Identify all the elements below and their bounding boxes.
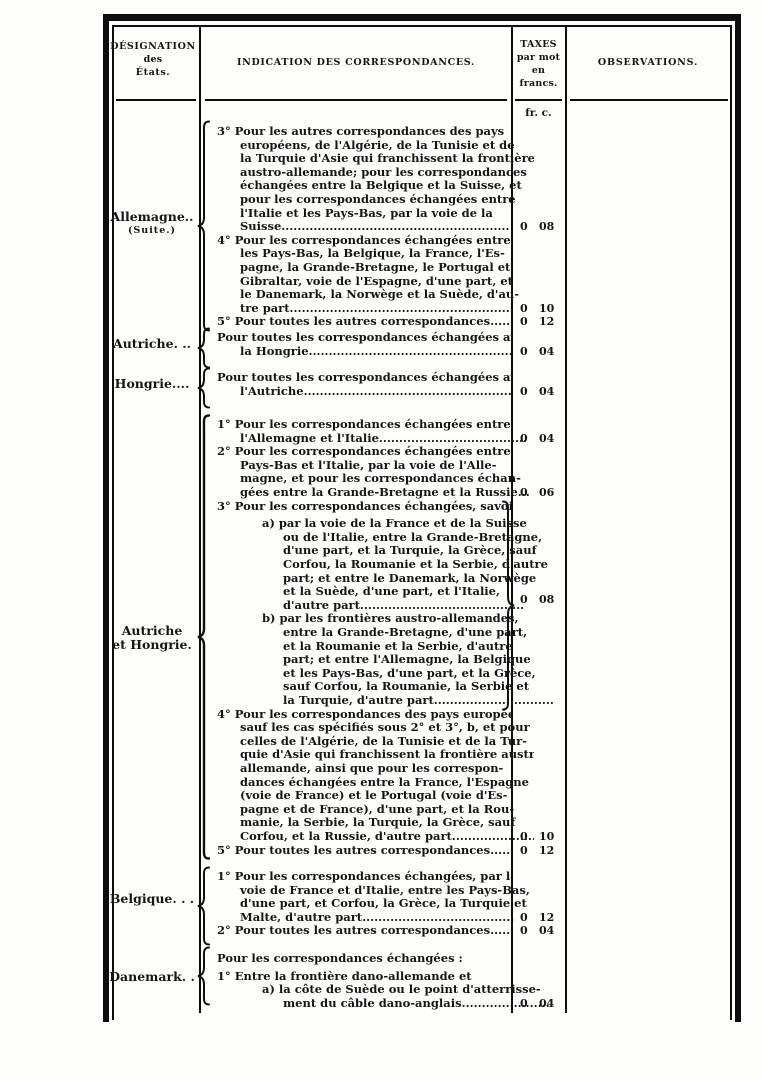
entry-line: 2° Pour toutes les autres correspondance… [215,924,511,938]
header-text: OBSERVATIONS. [566,56,730,69]
header-rule-states [116,99,196,101]
entry-line: pagne, la Grande-Bretagne, le Portugal e… [215,261,534,275]
state-label: Autriche. .. [106,337,198,351]
entry-line: Gibraltar, voie de l'Espagne, d'une part… [215,275,534,289]
tax-amount: 008 [512,593,565,607]
entry-line: et la Roumanie et la Serbie, d'autre [215,640,577,654]
entry-line: magne, et pour les correspondances échan… [215,472,534,486]
tax-centimes: 06 [539,486,554,500]
entry-line: gées entre la Grande-Bretagne et la Russ… [215,486,534,500]
entry-line: l'Allemagne et l'Italie.................… [215,432,534,446]
tax-centimes: 12 [539,911,554,925]
entry-line: voie de France et d'Italie, entre les Pa… [215,884,534,898]
table-inner-border-left [112,25,114,1020]
tax-francs: 0 [520,593,528,607]
entry-line: 5° Pour toutes les autres correspondance… [215,844,511,858]
entry-line: ment du câble dano-anglais..............… [215,997,577,1011]
column-header-taxes: TAXES par mot en francs. [512,38,565,90]
entry-line: sauf les cas spécifiés sous 2° et 3°, b,… [215,721,534,735]
state-label: Danemark. . [106,970,198,984]
state-label: Allemagne.. [106,210,198,224]
left-curly-brace [195,414,213,860]
state-label: (Suite.) [106,224,198,238]
tax-centimes: 04 [539,924,554,938]
header-rule-taxes [515,99,562,101]
entry-line: d'une part, et la Turquie, la Grèce, sau… [215,544,577,558]
header-text: en [512,64,565,77]
left-curly-brace [195,367,213,409]
entry-line: 2° Pour les correspondances échangées en… [215,445,511,459]
entry-line: la Turquie d'Asie qui franchissent la fr… [215,152,534,166]
table-inner-border-right [730,25,732,1020]
entry-line: quie d'Asie qui franchissent la frontièr… [215,748,534,762]
entry-line: 1° Pour les correspondances échangées, p… [215,870,511,884]
table-outer-border-top [103,14,741,21]
left-curly-brace [195,866,213,946]
state-label: et Hongrie. [106,638,198,652]
entry-line: a) la côte de Suède ou le point d'atterr… [215,983,556,997]
tax-francs: 0 [520,924,528,938]
entry-line: celles de l'Algérie, de la Tunisie et de… [215,735,534,749]
table-inner-border-top [112,25,732,27]
tax-centimes: 12 [539,844,554,858]
entry-line: pour les correspondances échangées entre [215,193,534,207]
left-curly-brace [195,327,213,369]
entry-line: l'Italie et les Pays-Bas, par la voie de… [215,207,534,221]
header-text: INDICATION DES CORRESPONDANCES. [201,56,511,69]
entry-line: l'Autriche..............................… [215,385,534,399]
entry-line: la Hongrie..............................… [215,345,534,359]
header-text: États. [107,66,199,79]
entry-line: Pays-Bas et l'Italie, par la voie de l'A… [215,459,534,473]
tax-centimes: 08 [539,593,554,607]
header-text: francs. [512,77,565,90]
entry-line: échangées entre la Belgique et la Suisse… [215,179,534,193]
header-text: DÉSIGNATION [107,40,199,53]
column-divider-observations [565,25,567,1013]
entry-line: entre la Grande-Bretagne, d'une part, [215,626,577,640]
header-text: par mot [512,51,565,64]
entry-line: 3° Pour les correspondances échangées, s… [215,500,511,514]
entry-line: les Pays-Bas, la Belgique, la France, l'… [215,247,534,261]
tax-centimes: 10 [539,302,554,316]
entry-line: européens, de l'Algérie, de la Tunisie e… [215,139,534,153]
column-header-observations: OBSERVATIONS. [566,56,730,69]
column-header-designation: DÉSIGNATION des États. [107,40,199,79]
entry-line: d'une part, et Corfou, la Grèce, la Turq… [215,897,534,911]
state-label: Hongrie.... [106,377,198,391]
tax-francs: 0 [520,315,528,329]
header-text: TAXES [512,38,565,51]
entry-line: Suisse..................................… [215,220,534,234]
tax-centimes: 08 [539,220,554,234]
entry-line: Pour toutes les correspondances échangée… [215,331,511,345]
tax-amount: 012 [512,315,565,329]
entry-line: austro-allemande; pour les correspondanc… [215,166,534,180]
entry-line: la Turquie, d'autre part................… [215,694,577,708]
entry-line: Corfou, la Roumanie et la Serbie, d'autr… [215,558,577,572]
tax-centimes: 04 [539,345,554,359]
entry-line: 4° Pour les correspondances échangées en… [215,234,511,248]
entry-line: Pour les correspondances échangées : [215,952,511,966]
state-label: Autriche [106,624,198,638]
entry-line: allemande, ainsi que pour les correspon- [215,762,534,776]
tax-amount: 012 [512,844,565,858]
table-outer-border-left [103,14,109,1022]
entry-line: et les Pays-Bas, d'une part, et la Grèce… [215,667,577,681]
entry-line: pagne et de France), d'une part, et la R… [215,803,534,817]
entry-line: Corfou, et la Russie, d'autre part......… [215,830,534,844]
entry-line: manie, la Serbie, la Turquie, la Grèce, … [215,816,534,830]
entry-line: 1° Entre la frontière dano-allemande et [215,970,511,984]
entry-line: (voie de France) et le Portugal (voie d'… [215,789,534,803]
tax-francs: 0 [520,844,528,858]
table-outer-border-right [735,14,741,1022]
entry-line: part; et entre le Danemark, la Norwège [215,572,577,586]
scanned-document-page: DÉSIGNATION des États. INDICATION DES CO… [0,0,762,1079]
entry-line: 1° Pour les correspondances échangées en… [215,418,511,432]
header-text: des [107,53,199,66]
entry-line: Pour toutes les correspondances échangée… [215,371,511,385]
header-rule-indication [205,99,507,101]
entry-line: tre part................................… [215,302,534,316]
tax-centimes: 12 [539,315,554,329]
entry-line: 5° Pour toutes les autres correspondance… [215,315,511,329]
entry-line: le Danemark, la Norwège et la Suède, d'a… [215,288,534,302]
column-header-indication: INDICATION DES CORRESPONDANCES. [201,56,511,69]
entry-line: Malte, d'autre part.....................… [215,911,534,925]
entry-line: part; et entre l'Allemagne, la Belgique [215,653,577,667]
entry-line: 4° Pour les correspondances des pays eur… [215,708,511,722]
entry-line: dances échangées entre la France, l'Espa… [215,776,534,790]
entry-line: sauf Corfou, la Roumanie, la Serbie et [215,680,577,694]
left-curly-brace [195,120,213,332]
tax-amount: 004 [512,924,565,938]
header-rule-observations [570,99,728,101]
tax-centimes: 10 [539,830,554,844]
state-label: Belgique. . . [106,892,198,906]
tax-centimes: 04 [539,432,554,446]
entry-line: 3° Pour les autres correspondances des p… [215,125,511,139]
currency-unit-label: fr. c. [512,107,565,119]
entry-line: ou de l'Italie, entre la Grande-Bretagne… [215,531,577,545]
tax-centimes: 04 [539,385,554,399]
left-curly-brace [195,946,213,1006]
